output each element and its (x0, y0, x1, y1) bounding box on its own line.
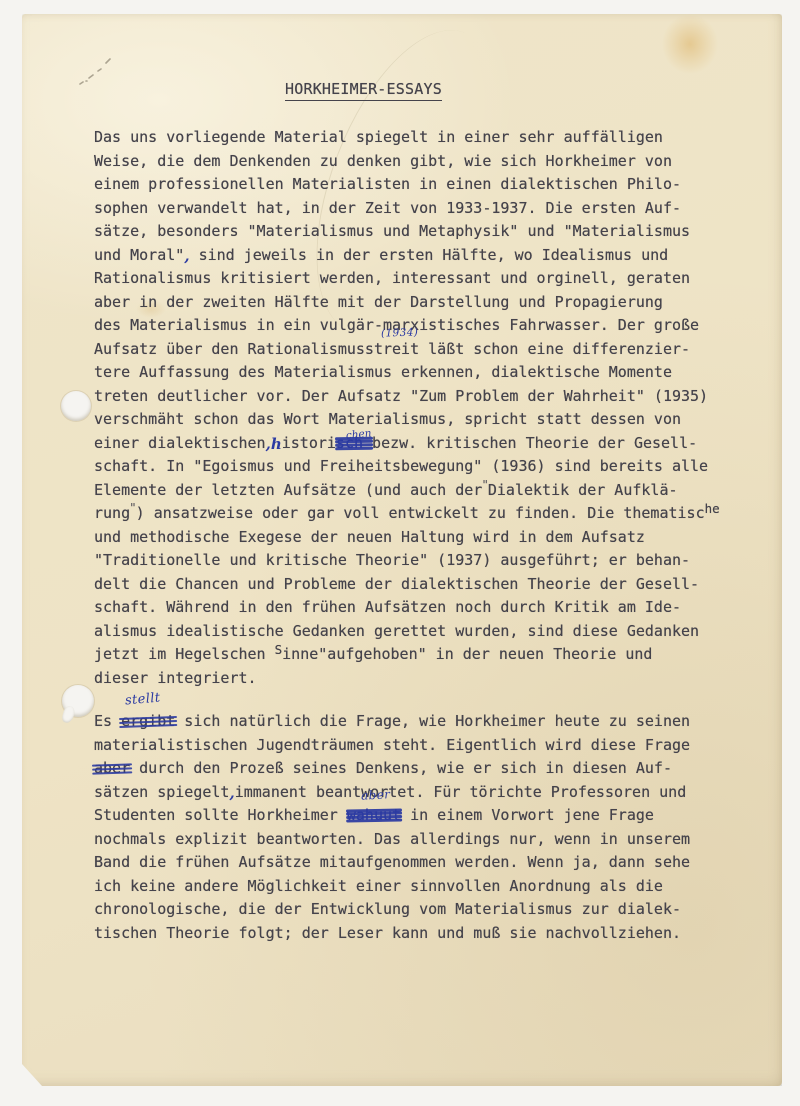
typed-text: Band die frühen Aufsätze mitaufgenommen … (94, 853, 690, 871)
text-line: "Traditionelle und kritische Theorie" (1… (94, 549, 744, 573)
text-line: und Moral", sind jeweils in der ersten H… (94, 244, 744, 268)
text-line: einem professionellen Materialisten in e… (94, 173, 744, 197)
typed-text: in einem Vorwort jene Frage (401, 806, 654, 824)
stain (662, 14, 718, 74)
typed-text: materialistischen Jugendträumen steht. E… (94, 736, 690, 754)
typed-text: Elemente der letzten Aufsätze (und auch … (94, 481, 482, 499)
text-line: des Materialismus in ein vulgär-marxisti… (94, 314, 744, 338)
segment-struck: ergibt (121, 712, 175, 730)
punch-hole-bottom (62, 685, 94, 717)
typed-text: immanent beantwortet. Für törichte Profe… (235, 783, 687, 801)
typed-text: Das uns vorliegende Material spiegelt in… (94, 128, 663, 146)
text-line: tischen Theorie folgt; der Leser kann un… (94, 922, 744, 946)
text-line: tere Auffassung des Materialismus erkenn… (94, 361, 744, 385)
typed-text: delt die Chancen und Probleme der dialek… (94, 575, 699, 593)
typed-text: bezw. kritischen Theorie der Gesell- (372, 434, 697, 452)
text-line: Elemente der letzten Aufsätze (und auch … (94, 479, 744, 503)
segment-handq: " (482, 478, 488, 492)
typed-text: inne"aufgehoben" in der neuen Theorie un… (282, 645, 652, 663)
typed-text: schaft. Während in den frühen Aufsätzen … (94, 598, 681, 616)
text-line: alismus idealistische Gedanken gerettet … (94, 620, 744, 644)
paragraph: Das uns vorliegende Material spiegelt in… (94, 126, 744, 690)
typed-text: rung (94, 504, 130, 522)
text-line: sätzen spiegelt,immanent beantwortet. Fü… (94, 781, 744, 805)
text-line: aber durch den Prozeß seines Denkens, wi… (94, 757, 744, 781)
scanned-document: HORKHEIMER-ESSAYS Das uns vorliegende Ma… (0, 0, 800, 1106)
typed-text: einer dialektischen (94, 434, 266, 452)
segment-handq: " (130, 501, 136, 515)
typed-text: Rationalismus kritisiert werden, interes… (94, 269, 690, 287)
typed-text: aber in der zweiten Hälfte mit der Darst… (94, 293, 663, 311)
typed-text: istori (282, 434, 336, 452)
typed-text: sich natürlich die Frage, wie Horkheimer… (175, 712, 690, 730)
handwritten-annotation: aber (361, 787, 391, 803)
text-line: sätze, besonders "Materialismus und Meta… (94, 220, 744, 244)
paragraph: Es ergibt sich natürlich die Frage, wie … (94, 710, 744, 945)
typed-text: durch den Prozeß seines Denkens, wie er … (130, 759, 672, 777)
text-line: schaft. In "Egoismus und Freiheitsbewegu… (94, 455, 744, 479)
text-line: einer dialektischen,historisch chenbezw.… (94, 432, 744, 456)
typed-text: schaft. In "Egoismus und Freiheitsbewegu… (94, 457, 708, 475)
typed-text: nochmals explizit beantworten. Das aller… (94, 830, 690, 848)
page-title: HORKHEIMER-ESSAYS (285, 80, 442, 101)
text-line: nochmals explizit beantworten. Das aller… (94, 828, 744, 852)
text-line: Band die frühen Aufsätze mitaufgenommen … (94, 851, 744, 875)
text-line: Es ergibt sich natürlich die Frage, wie … (94, 710, 744, 734)
punch-hole-top (61, 391, 91, 421)
typed-text: alismus idealistische Gedanken gerettet … (94, 622, 699, 640)
text-line: und methodische Exegese der neuen Haltun… (94, 526, 744, 550)
typed-text: chronologische, die der Entwicklung vom … (94, 900, 681, 918)
typed-text: Weise, die dem Denkenden zu denken gibt,… (94, 152, 672, 170)
text-line: treten deutlicher vor. Der Aufsatz "Zum … (94, 385, 744, 409)
segment-sup: S (275, 642, 283, 657)
typed-text: sophen verwandelt hat, in der Zeit von 1… (94, 199, 681, 217)
segment-hand: , (229, 784, 234, 802)
segment-sup: he (705, 501, 720, 516)
text-line: verschmäht schon das Wort Materialismus,… (94, 408, 744, 432)
text-line: aber in der zweiten Hälfte mit der Darst… (94, 291, 744, 315)
text-line: schaft. Während in den frühen Aufsätzen … (94, 596, 744, 620)
text-line: Weise, die dem Denkenden zu denken gibt,… (94, 150, 744, 174)
typed-text: und Moral" (94, 246, 184, 264)
typed-text: "Traditionelle und kritische Theorie" (1… (94, 551, 690, 569)
typed-text: Es (94, 712, 121, 730)
segment-struckheavy: wahuut (347, 806, 401, 824)
typed-text: ) ansatzweise oder gar voll entwickelt z… (136, 504, 705, 522)
segment-struck: aber (94, 759, 130, 777)
typed-text: sind jeweils in der ersten Hälfte, wo Id… (190, 246, 669, 264)
typed-text: und methodische Exegese der neuen Haltun… (94, 528, 645, 546)
text-line: Aufsatz über den Rationalismusstreit läß… (94, 338, 744, 362)
typed-text: sätze, besonders "Materialismus und Meta… (94, 222, 690, 240)
text-line: dieser integriert. (94, 667, 744, 691)
typed-text: ich keine andere Möglichkeit einer sinnv… (94, 877, 663, 895)
typed-text: tischen Theorie folgt; der Leser kann un… (94, 924, 681, 942)
typed-text: verschmäht schon das Wort Materialismus,… (94, 410, 681, 428)
typescript-body: Das uns vorliegende Material spiegelt in… (94, 126, 744, 945)
typed-text: jetzt im Hegelschen (94, 645, 275, 663)
text-line: materialistischen Jugendträumen steht. E… (94, 734, 744, 758)
typed-text: tere Auffassung des Materialismus erkenn… (94, 363, 672, 381)
pencil-mark (70, 50, 122, 92)
text-line: ich keine andere Möglichkeit einer sinnv… (94, 875, 744, 899)
typed-text: treten deutlicher vor. Der Aufsatz "Zum … (94, 387, 708, 405)
punch-hole-tear (61, 705, 76, 724)
text-line: jetzt im Hegelschen Sinne"aufgehoben" in… (94, 643, 744, 667)
typed-text: Studenten sollte Horkheimer (94, 806, 347, 824)
typed-text: Dialektik der Aufklä- (488, 481, 678, 499)
text-line: rung") ansatzweise oder gar voll entwick… (94, 502, 744, 526)
segment-hand: h (271, 435, 282, 453)
text-line: delt die Chancen und Probleme der dialek… (94, 573, 744, 597)
typed-text: dieser integriert. (94, 669, 257, 687)
handwritten-annotation: (1934) (381, 326, 419, 339)
text-line: chronologische, die der Entwicklung vom … (94, 898, 744, 922)
segment-hand: , (184, 247, 189, 265)
text-line: Studenten sollte Horkheimer wahuut in ei… (94, 804, 744, 828)
typed-text: einem professionellen Materialisten in e… (94, 175, 681, 193)
typed-text: Aufsatz über den Rationalismusstreit läß… (94, 340, 690, 358)
text-line: Rationalismus kritisiert werden, interes… (94, 267, 744, 291)
typed-text: sätzen spiegelt (94, 783, 229, 801)
text-line: Das uns vorliegende Material spiegelt in… (94, 126, 744, 150)
text-line: sophen verwandelt hat, in der Zeit von 1… (94, 197, 744, 221)
handwritten-annotation: stellt (124, 690, 161, 708)
paper-sheet: HORKHEIMER-ESSAYS Das uns vorliegende Ma… (22, 14, 782, 1086)
